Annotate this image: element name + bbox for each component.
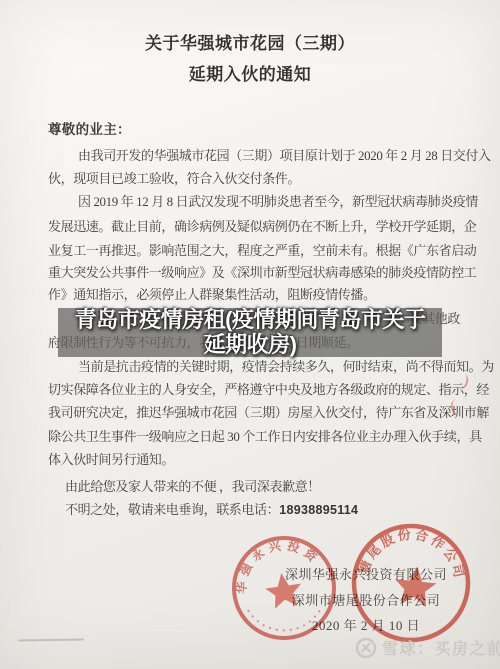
watermark-text: 雪球：买房之前 [382, 636, 500, 659]
caption-line1: 青岛市疫情房租(疫情期间青岛市关于 [30, 307, 470, 332]
left-seal: 华强永兴投资 [234, 538, 334, 638]
left-seal-star-icon [263, 571, 304, 610]
notice-title-line1: 关于华强城市花园（三期） [0, 29, 500, 54]
right-seal: 塘尾股份合作公司 [354, 526, 468, 640]
body-line: 当前是抗击疫情的关键时期，疫情会持续多久，何时结束，尚不得而知。为 [48, 356, 490, 375]
body-line: 重大突发公共事件一级响应》及《深圳市新型冠状病毒感染的肺炎疫情防控工 [48, 262, 460, 281]
fold-line [18, 638, 84, 641]
photographed-notice-page: 关于华强城市花园（三期） 延期入伙的通知 尊敬的业主： 由我司开发的华强城市花园… [0, 0, 500, 669]
body-line: 切实保障各位业主的人身安全，严格遵守中央及地方各级政府的规定、指示，经 [48, 379, 460, 398]
body-line: 除公共卫生事件一级响应之日起 30 个工作日内安排各位业主办理入伙手续，具 [48, 426, 460, 445]
body-line: 我司研究决定，推迟华强城市花园（三期）房屋入伙交付，待广东省及深圳市解 [48, 402, 460, 421]
body-line: 发展迅速。截止目前，确诊病例及疑似病例仍在不断上升，学校开学延期，企 [48, 216, 460, 235]
body-line: 因 2019 年 12 月 8 日武汉发现不明肺炎患者至今，新型冠状病毒肺炎疫情 [48, 191, 490, 210]
watermark: 雪球：买房之前 [355, 636, 500, 659]
caption-line2: 延期收房) [30, 332, 470, 357]
right-seal-star-icon [392, 564, 438, 608]
body-line: 伙，现项目已竣工验收，符合入伙交付条件。 [48, 168, 460, 187]
notice-title-line2: 延期入伙的通知 [0, 60, 500, 85]
apology-line: 由此给您及家人带来的不便 ，我司深表歉意！ [48, 476, 477, 495]
body-line: 业复工一再推迟。影响范围之大，程度之严重，空前未有。根据《广东省启动 [48, 240, 460, 259]
caption-overlay: 青岛市疫情房租(疫情期间青岛市关于 延期收房) [30, 307, 470, 357]
right-seal-arc-text: 塘尾股份合作公司 [356, 526, 468, 581]
body-line: 体入伙时间另行通知。 [48, 449, 460, 468]
svg-text:塘尾股份合作公司: 塘尾股份合作公司 [356, 526, 468, 581]
salutation: 尊敬的业主： [48, 118, 131, 138]
body-line: 由我司开发的华强城市花园（三期）项目原计划于 2020 年 2 月 28 日交付… [48, 145, 490, 164]
snowball-logo-icon [355, 637, 377, 659]
body-line: 作》通知指示，必须停止人群聚集性活动，阻断疫情传播。 [48, 284, 460, 303]
